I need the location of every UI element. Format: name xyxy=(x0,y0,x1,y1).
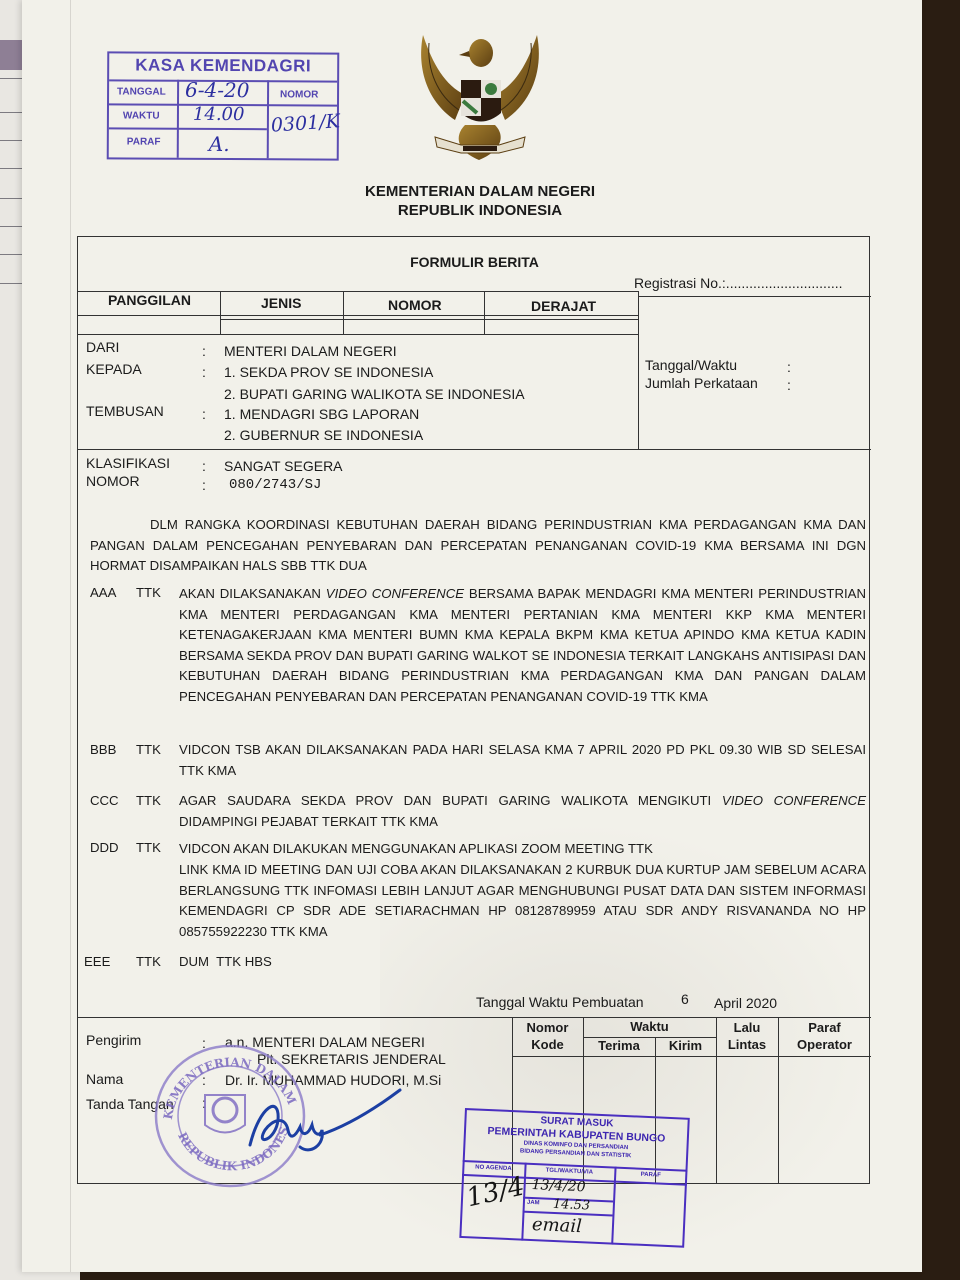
separator: : xyxy=(202,364,206,380)
kasa-label-paraf: PARAF xyxy=(127,136,161,147)
ministry-country: REPUBLIK INDONESIA xyxy=(330,201,630,220)
column-header-derajat: DERAJAT xyxy=(531,298,596,314)
item-ttk: TTK xyxy=(136,742,161,757)
handwritten-via: email xyxy=(532,1214,583,1237)
tanggal-waktu-label: Tanggal/Waktu xyxy=(645,357,737,373)
kasa-label-nomor: NOMOR xyxy=(280,89,318,100)
kasa-label-waktu: WAKTU xyxy=(123,110,160,121)
nomor-value: 080/2743/SJ xyxy=(229,477,321,493)
dari-value: MENTERI DALAM NEGERI xyxy=(224,343,397,359)
item-code-ddd: DDD xyxy=(90,840,119,855)
kasa-kemendagri-stamp: KASA KEMENDAGRI TANGGAL WAKTU PARAF NOMO… xyxy=(107,51,340,160)
kepada-value-1: 1. SEKDA PROV SE INDONESIA xyxy=(224,364,433,380)
item-bbb-text: VIDCON TSB AKAN DILAKSANAKAN PADA HARI S… xyxy=(179,740,866,781)
item-ttk: TTK xyxy=(136,840,161,855)
form-title: FORMULIR BERITA xyxy=(78,254,871,270)
column-header-jenis: JENIS xyxy=(261,295,301,311)
kasa-handwritten-tanggal: 6-4-20 xyxy=(185,78,250,102)
ministry-heading: KEMENTERIAN DALAM NEGERI REPUBLIK INDONE… xyxy=(330,182,630,220)
kasa-label-tanggal: TANGGAL xyxy=(117,86,166,97)
tanggal-pembuatan-label: Tanggal Waktu Pembuatan xyxy=(476,994,644,1010)
column-lalu-lintas: LaluLintas xyxy=(716,1019,778,1053)
item-ddd-text: LINK KMA ID MEETING DAN UJI COBA AKAN DI… xyxy=(179,860,866,942)
item-ccc-text: AGAR SAUDARA SEKDA PROV DAN BUPATI GARIN… xyxy=(179,791,866,832)
column-waktu: Waktu xyxy=(583,1019,716,1034)
tembusan-value-1: 1. MENDAGRI SBG LAPORAN xyxy=(224,406,419,422)
separator: : xyxy=(787,377,791,393)
signature-icon xyxy=(240,1085,440,1175)
tembusan-label: TEMBUSAN xyxy=(86,403,164,419)
separator: : xyxy=(202,458,206,474)
nama-label: Nama xyxy=(86,1071,123,1087)
handwritten-jam: 14.53 xyxy=(553,1197,591,1214)
surat-masuk-stamp: SURAT MASUK PEMERINTAH KABUPATEN BUNGO D… xyxy=(459,1108,689,1248)
kepada-label: KEPADA xyxy=(86,361,142,377)
nomor-label: NOMOR xyxy=(86,473,140,489)
garuda-emblem-icon xyxy=(415,25,545,170)
kasa-stamp-title: KASA KEMENDAGRI xyxy=(109,55,337,76)
item-ddd-first-line: VIDCON AKAN DILAKUKAN MENGGUNAKAN APLIKA… xyxy=(179,839,866,860)
klasifikasi-value: SANGAT SEGERA xyxy=(224,458,343,474)
intro-paragraph: DLM RANGKA KOORDINASI KEBUTUHAN DAERAH B… xyxy=(90,515,866,577)
column-nomor-kode: NomorKode xyxy=(512,1019,583,1053)
kasa-handwritten-nomor: 0301/K xyxy=(270,110,340,136)
kasa-handwritten-waktu: 14.00 xyxy=(193,104,245,125)
column-paraf-operator: ParafOperator xyxy=(778,1019,871,1053)
item-code-ccc: CCC xyxy=(90,793,119,808)
registrasi-number: Registrasi No.:.........................… xyxy=(634,275,843,291)
item-ttk: TTK xyxy=(136,954,161,969)
separator: : xyxy=(202,343,206,359)
surat-masuk-jam-label: JAM xyxy=(527,1200,540,1207)
item-eee-text: DUM TTK HBS xyxy=(179,952,272,973)
separator: : xyxy=(787,359,791,375)
item-code-aaa: AAA xyxy=(90,585,116,600)
column-terima: Terima xyxy=(583,1038,655,1053)
kasa-handwritten-paraf: A. xyxy=(209,132,230,156)
handwritten-tanggal: 13/4/20 xyxy=(531,1177,586,1195)
jumlah-perkataan-label: Jumlah Perkataan xyxy=(645,375,758,391)
item-code-bbb: BBB xyxy=(90,742,116,757)
tanggal-pembuatan-month-year: April 2020 xyxy=(714,995,777,1011)
tembusan-value-2: 2. GUBERNUR SE INDONESIA xyxy=(224,427,423,443)
pengirim-label: Pengirim xyxy=(86,1032,141,1048)
ministry-name: KEMENTERIAN DALAM NEGERI xyxy=(330,182,630,201)
column-header-panggilan: PANGGILAN xyxy=(108,292,191,308)
item-aaa-text: AKAN DILAKSANAKAN VIDEO CONFERENCE BERSA… xyxy=(179,584,866,708)
item-code-eee: EEE xyxy=(84,954,110,969)
klasifikasi-label: KLASIFIKASI xyxy=(86,455,170,471)
item-ttk: TTK xyxy=(136,585,161,600)
separator: : xyxy=(202,477,206,493)
dari-label: DARI xyxy=(86,339,119,355)
kepada-value-2: 2. BUPATI GARING WALIKOTA SE INDONESIA xyxy=(224,386,525,402)
item-ttk: TTK xyxy=(136,793,161,808)
tanggal-pembuatan-day: 6 xyxy=(681,991,689,1007)
column-kirim: Kirim xyxy=(655,1038,716,1053)
column-header-nomor: NOMOR xyxy=(388,297,442,313)
separator: : xyxy=(202,406,206,422)
